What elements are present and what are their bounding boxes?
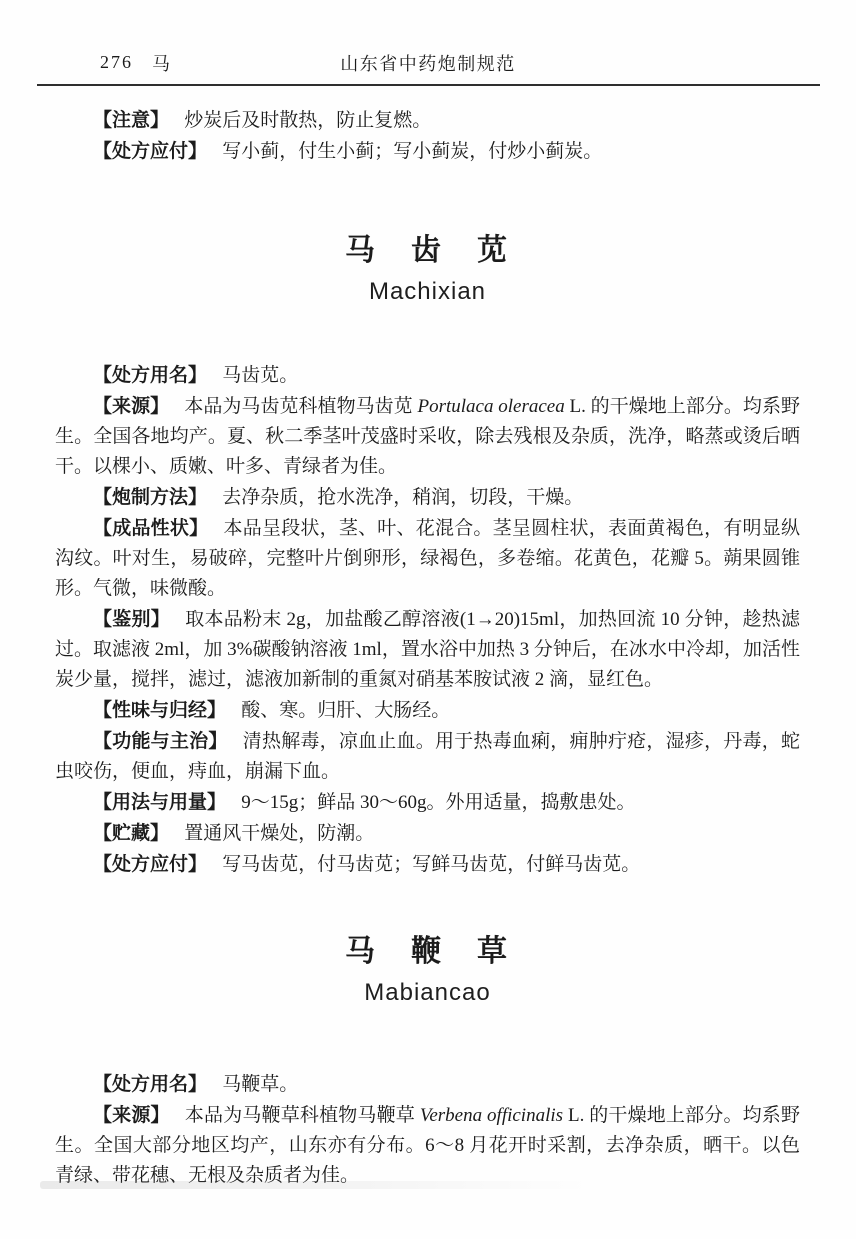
section-dosage: 【用法与用量】9～15g；鲜品 30～60g。外用适量，捣敷患处。 xyxy=(55,788,800,818)
monograph-title-block: 马 鞭 草 Mabiancao xyxy=(55,932,800,1008)
section-dispensing: 【处方应付】写马齿苋，付马齿苋；写鲜马齿苋，付鲜马齿苋。 xyxy=(55,850,800,880)
section-label: 【贮藏】 xyxy=(93,823,169,844)
monograph-pinyin: Machixian xyxy=(55,277,800,307)
section-text: 写小蓟，付生小蓟；写小蓟炭，付炒小蓟炭。 xyxy=(222,141,602,162)
section-text: 马齿苋。 xyxy=(222,365,298,386)
section-product-characteristics: 【成品性状】本品呈段状，茎、叶、花混合。茎呈圆柱状，表面黄褐色，有明显纵沟纹。叶… xyxy=(55,514,800,604)
section-label: 【性味与归经】 xyxy=(93,700,226,721)
latin-authority: L. xyxy=(563,1105,589,1126)
section-label: 【成品性状】 xyxy=(93,518,208,539)
latin-name: Verbena officinalis xyxy=(420,1105,563,1126)
book-title: 山东省中药炮制规范 xyxy=(0,50,856,76)
section-label: 【处方应付】 xyxy=(93,854,207,875)
section-label: 【注意】 xyxy=(93,110,169,131)
section-notice: 【注意】炒炭后及时散热，防止复燃。 xyxy=(55,106,800,136)
monograph-title: 马 齿 苋 xyxy=(55,231,800,271)
section-text: 置通风干燥处，防潮。 xyxy=(184,823,374,844)
section-text: 炒炭后及时散热，防止复燃。 xyxy=(184,110,431,131)
section-text: 本品为马鞭草科植物马鞭草 xyxy=(185,1105,420,1126)
latin-name: Portulaca oleracea xyxy=(418,396,565,417)
section-text: 酸、寒。归肝、大肠经。 xyxy=(241,700,450,721)
monograph-machixian: 马 齿 苋 Machixian 【处方用名】马齿苋。 【来源】本品为马齿苋科植物… xyxy=(55,231,800,880)
monograph-title-block: 马 齿 苋 Machixian xyxy=(55,231,800,307)
latin-authority: L. xyxy=(565,396,591,417)
monograph-title: 马 鞭 草 xyxy=(55,932,800,972)
section-prescription-name: 【处方用名】马鞭草。 xyxy=(55,1070,800,1100)
book-page: 276 马 山东省中药炮制规范 【注意】炒炭后及时散热，防止复燃。 【处方应付】… xyxy=(0,0,856,1239)
monograph-sections: 【处方用名】马齿苋。 【来源】本品为马齿苋科植物马齿苋 Portulaca ol… xyxy=(55,361,800,880)
section-text: 本品为马齿苋科植物马齿苋 xyxy=(184,396,417,417)
section-source: 【来源】本品为马鞭草科植物马鞭草 Verbena officinalis L. … xyxy=(55,1101,800,1191)
section-label: 【处方用名】 xyxy=(93,365,207,386)
section-text: 写马齿苋，付马齿苋；写鲜马齿苋，付鲜马齿苋。 xyxy=(222,854,640,875)
section-label: 【来源】 xyxy=(93,396,169,417)
section-text: 去净杂质，抢水洗净，稍润，切段，干燥。 xyxy=(222,487,583,508)
section-taste-meridian: 【性味与归经】酸、寒。归肝、大肠经。 xyxy=(55,696,800,726)
section-label: 【功能与主治】 xyxy=(93,731,228,752)
page-content: 【注意】炒炭后及时散热，防止复燃。 【处方应付】写小蓟，付生小蓟；写小蓟炭，付炒… xyxy=(0,106,856,1191)
previous-monograph-tail: 【注意】炒炭后及时散热，防止复燃。 【处方应付】写小蓟，付生小蓟；写小蓟炭，付炒… xyxy=(55,106,800,167)
section-label: 【处方应付】 xyxy=(93,141,207,162)
section-text: 马鞭草。 xyxy=(222,1074,298,1095)
monograph-mabiancao: 马 鞭 草 Mabiancao 【处方用名】马鞭草。 【来源】本品为马鞭草科植物… xyxy=(55,932,800,1191)
section-source: 【来源】本品为马齿苋科植物马齿苋 Portulaca oleracea L. 的… xyxy=(55,392,800,482)
section-label: 【用法与用量】 xyxy=(93,792,226,813)
section-dispensing: 【处方应付】写小蓟，付生小蓟；写小蓟炭，付炒小蓟炭。 xyxy=(55,137,800,167)
section-label: 【鉴别】 xyxy=(93,609,170,630)
monograph-sections: 【处方用名】马鞭草。 【来源】本品为马鞭草科植物马鞭草 Verbena offi… xyxy=(55,1070,800,1191)
monograph-pinyin: Mabiancao xyxy=(55,978,800,1008)
section-processing-method: 【炮制方法】去净杂质，抢水洗净，稍润，切段，干燥。 xyxy=(55,483,800,513)
section-prescription-name: 【处方用名】马齿苋。 xyxy=(55,361,800,391)
section-function-indication: 【功能与主治】清热解毒，凉血止血。用于热毒血痢，痈肿疔疮，湿疹，丹毒，蛇虫咬伤，… xyxy=(55,727,800,787)
section-text: 9～15g；鲜品 30～60g。外用适量，捣敷患处。 xyxy=(241,792,635,813)
section-label: 【炮制方法】 xyxy=(93,487,207,508)
header-rule xyxy=(37,84,820,86)
section-label: 【处方用名】 xyxy=(93,1074,207,1095)
section-storage: 【贮藏】置通风干燥处，防潮。 xyxy=(55,819,800,849)
section-label: 【来源】 xyxy=(93,1105,170,1126)
page-header: 276 马 山东省中药炮制规范 xyxy=(0,0,856,74)
section-identification: 【鉴别】取本品粉末 2g，加盐酸乙醇溶液(1→20)15ml，加热回流 10 分… xyxy=(55,605,800,695)
